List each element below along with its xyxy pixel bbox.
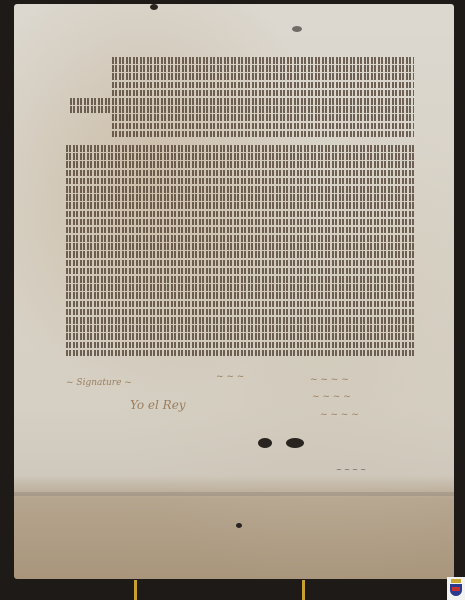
signature-right-2: ~ ~ ~ ~ <box>312 392 351 402</box>
signature-right-1: ~ ~ ~ ~ <box>310 375 349 385</box>
seal-cord <box>302 580 305 600</box>
registry-note: ~ ~ ~ ~ <box>336 466 366 474</box>
signature-center: ~ ~ ~ <box>216 372 244 382</box>
ink-stain <box>150 4 158 10</box>
shield-icon <box>450 584 462 596</box>
text-block-left-margin <box>70 98 112 120</box>
hole <box>286 438 304 448</box>
hole <box>236 523 242 528</box>
fold-line <box>14 492 454 496</box>
coat-of-arms-emblem <box>447 577 465 600</box>
seal-cord <box>134 580 137 600</box>
signature-right-3: ~ ~ ~ ~ <box>320 410 359 420</box>
crown-icon <box>451 579 461 583</box>
ink-stain <box>292 26 302 32</box>
signature-king: Yo el Rey <box>130 398 186 412</box>
hole <box>258 438 272 448</box>
signature-left: ~ Signature ~ <box>66 378 132 388</box>
text-block-upper <box>112 57 414 142</box>
text-block-main <box>66 145 414 360</box>
